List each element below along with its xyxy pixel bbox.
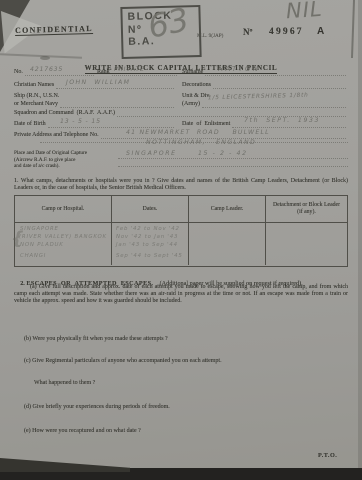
header-dates: Dates. [112, 196, 189, 222]
address-value-line1-handwritten: 41 NEWMARKET ROAD BULWELL [126, 129, 270, 136]
squadron-field-line [117, 109, 346, 117]
dob-label: Date of Birth [14, 121, 46, 128]
confidential-label: CONFIDENTIAL [15, 24, 93, 36]
nil-annotation-handwritten: NIL [285, 0, 323, 23]
field-squadron: Squadron and Command (R.A.F. A.A.F.) [14, 109, 348, 117]
dates-row-2-handwritten: Nov '42 to Jan '43 [116, 234, 178, 240]
body-col-block-leader [266, 223, 347, 265]
ship-label-line2: or Merchant Navy [14, 101, 58, 108]
field-capture: Place and Date of Original Capture (Airc… [14, 150, 122, 170]
question-e-text: (e) How were you recaptured and on what … [24, 428, 141, 434]
surname-label: Surname [182, 69, 203, 76]
field-decorations: Decorations [182, 81, 348, 89]
dob-value-handwritten: 13 - 5 - 15 [60, 118, 101, 125]
body-col-leader [189, 223, 266, 265]
field-ship: Ship (R.N., U.S.N. or Merchant Navy [14, 93, 176, 108]
squadron-label: Squadron and Command (R.A.F. A.A.F.) [14, 110, 115, 117]
ship-label-line1: Ship (R.N., U.S.N. [14, 93, 176, 100]
capture-field-line2 [118, 165, 348, 167]
ship-field-line [60, 100, 174, 108]
camps-table-header: Camp or Hospital. Dates. Camp Leader. De… [15, 196, 347, 223]
unit-div-label-line2: (Army) [182, 101, 200, 108]
camps-table: Camp or Hospital. Dates. Camp Leader. De… [14, 195, 348, 267]
camp-row-1-handwritten: SINGAPORE [20, 226, 59, 232]
question-1-text: 1. What camps, detachments or hospitals … [14, 178, 348, 192]
question-d-text: (d) Give briefly your experiences during… [24, 404, 170, 410]
enlistment-value-handwritten: 7th SEPT. 1933 [244, 117, 320, 124]
header-camp-leader: Camp Leader. [189, 196, 266, 222]
christian-names-label: Christian Names [14, 82, 54, 89]
camp-row-4-handwritten: CHANGI [20, 253, 46, 259]
rank-label: Rank [97, 69, 110, 76]
address-value-line2-handwritten: NOTTINGHAM, ENGLAND [146, 139, 256, 146]
capture-label-line3: and date of a/c crash). [14, 163, 122, 170]
header-camp-or-hospital: Camp or Hospital. [15, 196, 112, 222]
serial-no-label: Nº [243, 27, 252, 37]
dates-row-4-handwritten: Sep '44 to Sept '45 [116, 253, 183, 259]
question-c-text: (c) Give Regimental particulars of anyon… [24, 358, 222, 364]
camp-row-3-handwritten: NON PLADUK [20, 242, 64, 248]
pto-label: P.T.O. [318, 452, 337, 459]
capture-value-handwritten: SINGAPORE 15 - 2 - 42 [126, 150, 248, 157]
dates-row-1-handwritten: Feb '42 to Nov '42 [116, 226, 180, 232]
capture-field-line1 [118, 157, 348, 159]
form-reference: M.L. 9(JAP) [197, 33, 223, 39]
no-value-handwritten: 4217635 [30, 66, 63, 73]
rank-value-handwritten: PRIVATE [114, 66, 145, 73]
christian-names-value-handwritten: JOHN WILLIAM [66, 79, 130, 86]
capture-label-line1: Place and Date of Original Capture [14, 150, 122, 157]
camp-row-2-handwritten: (RIVER VALLEY) BANGKOK [19, 234, 107, 240]
no-label: No. [14, 69, 23, 76]
decorations-label: Decorations [182, 82, 211, 89]
enlistment-label: Date of Enlistment [182, 121, 230, 128]
serial-suffix: A [317, 26, 324, 37]
bottom-left-wedge [0, 458, 130, 472]
question-a-text: (a) Give full description and approx. da… [14, 284, 348, 306]
serial-number: 49967 [269, 27, 304, 37]
header-detachment-leader: Detachment or Block Leader (if any). [266, 196, 347, 222]
scanned-pow-form: CONFIDENTIAL BLOCK Nº B.A. 63 M.L. 9(JAP… [0, 0, 362, 480]
question-b-text: (b) Were you physically fit when you mad… [24, 336, 168, 342]
decorations-field-line [213, 81, 346, 89]
dates-row-3-handwritten: Jan '43 to Sep '44 [116, 242, 178, 248]
surname-value-handwritten: HATTON [218, 65, 260, 73]
address-label: Private Address and Telephone No. [14, 132, 99, 139]
question-c2-text: What happened to them ? [34, 380, 95, 386]
right-edge-line [351, 0, 355, 58]
field-surname: Surname [182, 68, 348, 76]
unit-div-field-line [202, 100, 346, 108]
